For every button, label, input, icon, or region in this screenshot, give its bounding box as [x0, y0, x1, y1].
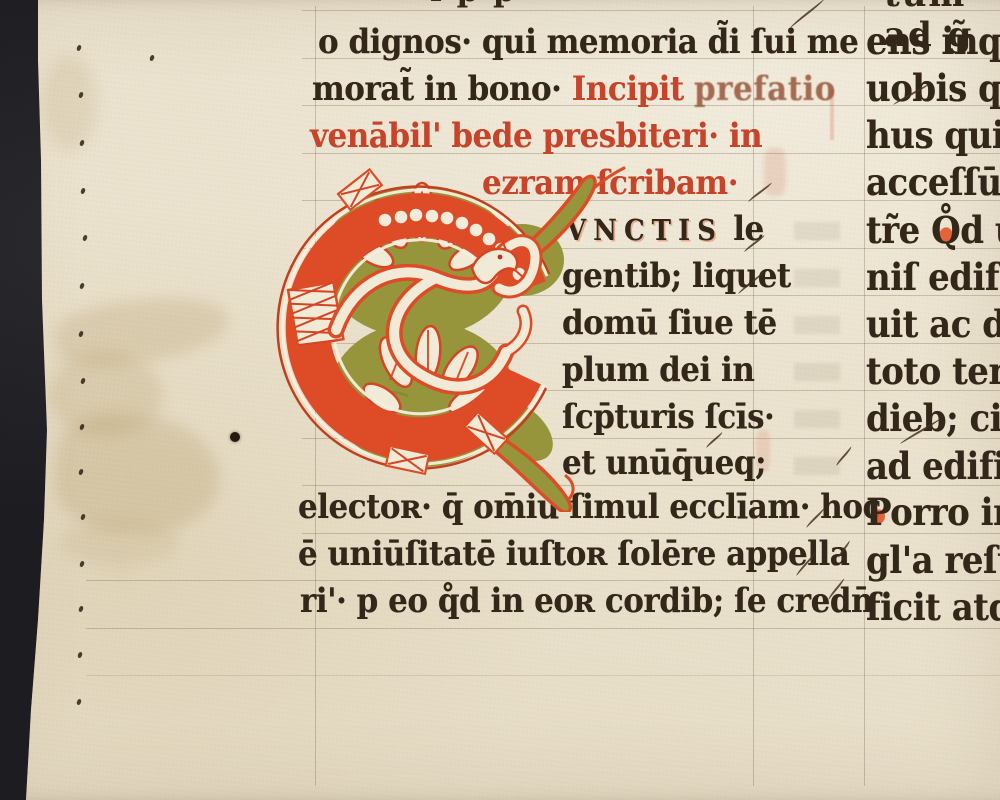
text-segment-ink: ad edificiū — [866, 445, 1000, 489]
text-segment-ink: niſ edifica — [866, 256, 1000, 300]
prick-mark — [78, 605, 84, 612]
text-segment-ink: uit ac ded — [866, 303, 1000, 347]
prick-mark — [77, 651, 83, 658]
text-segment-ink: le — [723, 209, 764, 249]
text-segment-ink: ens inquiſ — [866, 20, 1000, 64]
manuscript-text-line: tr̃e Q̊d ū t — [866, 209, 1000, 253]
manuscript-text-line: acceſſū am — [866, 161, 1000, 205]
text-segment-ink: acceſſū am — [866, 161, 1000, 205]
prick-mark — [149, 54, 155, 61]
manuscript-text-line: hus qui p — [866, 114, 1000, 158]
manuscript-text-line: ad edificiū — [866, 445, 1000, 489]
manuscript-text-line: niſ edifica — [866, 256, 1000, 300]
ruled-line-vertical — [864, 6, 865, 786]
manuscript-text-line: Porro in u — [866, 491, 1000, 535]
manuscript-text-line: ri'· p eo q̊d in eoʀ cordib; ſe credn̄ — [300, 581, 873, 621]
manuscript-text-line: gl'a reſurr — [866, 539, 1000, 583]
prick-mark — [76, 44, 82, 51]
prick-mark — [79, 282, 85, 289]
ruled-line-horizontal — [86, 675, 1000, 676]
manuscript-text-line: toto temp — [866, 350, 1000, 394]
text-segment-ink: morat̃ in bono· — [312, 69, 572, 109]
text-segment-ink: dieb; circu — [866, 397, 1000, 441]
prick-mark — [76, 698, 82, 705]
manuscript-text-line: dieb; circu — [866, 397, 1000, 441]
manuscript-photo: ı p p o dignos· qui memoria d̃i ſui memo… — [0, 0, 1000, 800]
text-segment-redFaded: prefatio — [694, 69, 836, 109]
clipped-top-line: ı p p — [430, 0, 517, 9]
show-through-mark — [764, 148, 786, 196]
manuscript-text-line: ens inquiſ — [866, 20, 1000, 64]
text-segment-inkRed: P — [866, 491, 890, 535]
text-segment-ink: ri'· p eo q̊d in eoʀ cordib; ſe credn̄ — [300, 581, 873, 621]
text-segment-ink: uobis qui — [866, 67, 1000, 111]
wormhole-dot — [230, 432, 240, 442]
manuscript-text-line: o dignos· qui memoria d̃i ſui me — [318, 22, 858, 62]
text-segment-ink: tr̃e — [866, 209, 931, 253]
text-segment-ink: d ū t — [960, 209, 1000, 253]
text-segment-red: Incipit — [572, 69, 694, 109]
parchment-stain — [51, 409, 224, 538]
parchment-page: ı p p o dignos· qui memoria d̃i ſui memo… — [0, 0, 1000, 800]
prick-mark — [79, 560, 85, 567]
text-segment-ink: toto temp — [866, 350, 1000, 394]
ruled-line-horizontal — [86, 628, 1000, 629]
text-segment-ink: ē uniūſitatē iuſtoʀ ſolēre appella — [298, 534, 849, 574]
text-segment-ink: hus qui p — [866, 114, 1000, 158]
manuscript-text-line: ē uniūſitatē iuſtoʀ ſolēre appella — [298, 534, 849, 574]
prick-mark — [80, 187, 86, 194]
text-segment-inkRed: Q̊ — [931, 209, 960, 253]
parchment-stain — [60, 520, 180, 565]
prick-mark — [79, 139, 85, 146]
parchment-stain — [42, 55, 97, 150]
prick-mark — [82, 234, 88, 241]
manuscript-text-line: uobis qui — [866, 67, 1000, 111]
manuscript-text-line: ficit atq; i — [866, 586, 1000, 630]
manuscript-text-line: morat̃ in bono· Incipit prefatio — [312, 69, 836, 109]
text-segment-ink: ficit atq; i — [866, 586, 1000, 630]
pen-flourish — [835, 447, 853, 466]
text-segment-ink: gl'a reſurr — [866, 539, 1000, 583]
show-through-text — [794, 215, 840, 475]
manuscript-text-line: uit ac ded — [866, 303, 1000, 347]
text-segment-ink: o dignos· qui memoria d̃i ſui me — [318, 22, 858, 62]
illuminated-initial — [272, 150, 672, 512]
text-segment-ink: orro in u — [890, 491, 1000, 535]
